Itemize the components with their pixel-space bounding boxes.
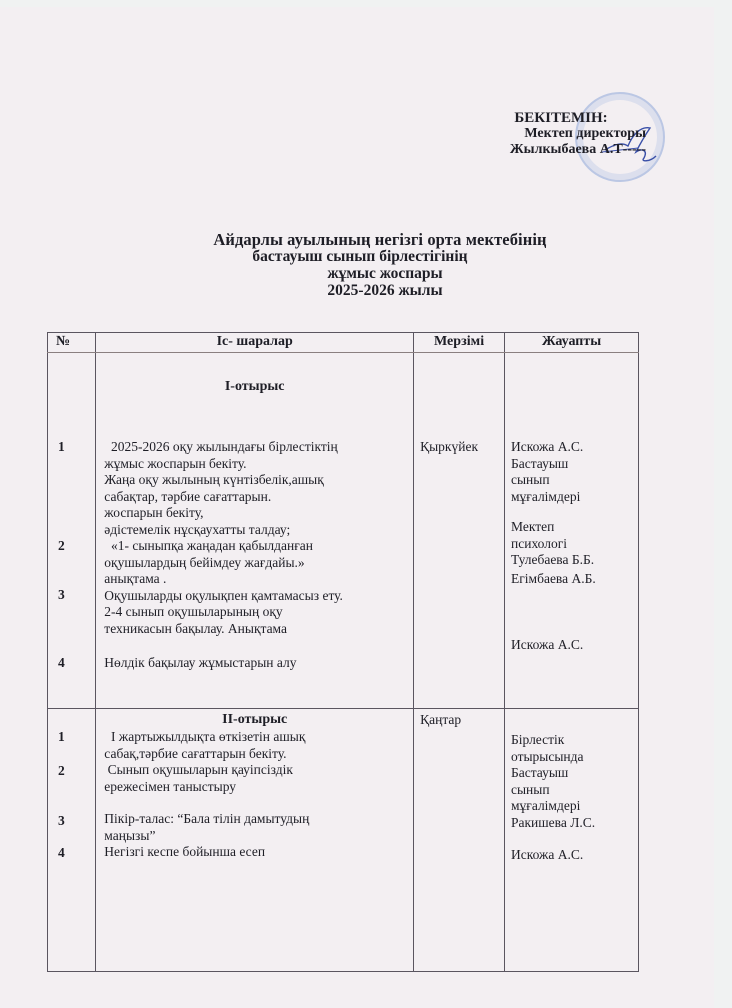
session-title: ІІ-отырыс — [96, 712, 413, 729]
responsible-line — [511, 505, 596, 519]
event-line: әдістемелік нұсқаухатты талдау; — [104, 522, 343, 539]
event-line: техникасын бақылау. Анықтама — [104, 621, 343, 638]
event-line: Нөлдік бақылау жұмыстарын алу — [104, 655, 343, 672]
row-number: 2 — [58, 538, 65, 555]
responsible-line: сынып — [511, 782, 595, 799]
header-responsible: Жауапты — [505, 333, 639, 353]
event-line: І жартыжылдықта өткізетін ашық — [104, 729, 309, 746]
event-line: сабақтар, тәрбие сағаттарын. — [104, 489, 343, 506]
responsible-line: Бірлестік — [511, 732, 595, 749]
event-line: жұмыс жоспарын бекіту. — [104, 456, 343, 473]
event-line: Сынып оқушыларын қауіпсіздік — [104, 762, 309, 779]
responsible-lines: Бірлестік отырысында Бастауыш сынып мұға… — [511, 732, 595, 864]
event-line: оқушылардың бейімдеу жағдайы.» — [104, 555, 343, 572]
row-number: 1 — [58, 439, 65, 456]
responsible-line — [511, 587, 596, 603]
event-line — [104, 795, 309, 811]
session-2-deadline: Қаңтар — [414, 709, 505, 972]
approval-name: Жылкыбаева А.Т----- — [436, 142, 646, 158]
session-title: І-отырыс — [96, 379, 413, 396]
session-2-events: ІІ-отырыс І жартыжылдықта өткізетін ашық… — [96, 709, 414, 972]
responsible-line: Тулебаева Б.Б. — [511, 552, 596, 569]
header-number: № — [48, 333, 96, 353]
responsible-lines: Искожа А.С. Бастауыш сынып мұғалімдері М… — [511, 439, 596, 654]
responsible-line: Искожа А.С. — [511, 847, 595, 864]
row-number: 2 — [58, 763, 65, 780]
deadline-value: Қаңтар — [420, 712, 461, 729]
responsible-line: Бастауыш — [511, 456, 596, 473]
responsible-line: сынып — [511, 472, 596, 489]
event-lines: 2025-2026 оқу жылындағы бірлестіктің жұм… — [96, 439, 343, 672]
approval-position: Мектеп директоры — [436, 126, 646, 142]
event-line: сабақ,тәрбие сағаттарын бекіту. — [104, 746, 309, 763]
deadline-value: Қыркүйек — [420, 439, 478, 456]
responsible-line: Бастауыш — [511, 765, 595, 782]
responsible-line: Искожа А.С. — [511, 637, 596, 654]
event-line: Жаңа оқу жылының күнтізбелік,ашық — [104, 472, 343, 489]
approval-block: БЕКІТЕМІН: Мектеп директоры Жылкыбаева А… — [436, 110, 646, 158]
session-1-deadline: Қыркүйек — [414, 353, 505, 709]
session-1-responsible: Искожа А.С. Бастауыш сынып мұғалімдері М… — [505, 353, 639, 709]
row-number: 3 — [58, 813, 65, 830]
row-number: 1 — [58, 729, 65, 746]
responsible-line: мұғалімдері — [511, 489, 596, 506]
title-line-1: Айдарлы ауылының негізгі орта мектебінің — [180, 231, 580, 248]
event-line — [104, 637, 343, 655]
event-lines: І жартыжылдықта өткізетін ашық сабақ,тәр… — [96, 729, 309, 861]
event-line: «1- сыныпқа жаңадан қабылданған — [104, 538, 343, 555]
row-number: 4 — [58, 845, 65, 862]
responsible-line: Егімбаева А.Б. — [511, 571, 596, 588]
work-plan-table: № Іс- шаралар Мерзімі Жауапты 1 2 3 4 — [47, 332, 639, 972]
event-line: 2025-2026 оқу жылындағы бірлестіктің — [104, 439, 343, 456]
row-number: 4 — [58, 655, 65, 672]
responsible-line — [511, 619, 596, 637]
header-events: Іс- шаралар — [96, 333, 414, 353]
document-page: БЕКІТЕМІН: Мектеп директоры Жылкыбаева А… — [0, 7, 714, 1008]
session-2-numbers: 1 2 3 4 — [48, 709, 96, 972]
responsible-line: психологі — [511, 536, 596, 553]
event-line: маңызы” — [104, 828, 309, 845]
row-number: 3 — [58, 587, 65, 604]
document-title: Айдарлы ауылының негізгі орта мектебінің… — [180, 231, 580, 299]
event-line: Пікір-талас: “Бала тілін дамытудың — [104, 811, 309, 828]
session-1-numbers: 1 2 3 4 — [48, 353, 96, 709]
table-header-row: № Іс- шаралар Мерзімі Жауапты — [48, 333, 639, 353]
event-line: жоспарын бекіту, — [104, 505, 343, 522]
title-line-4: 2025-2026 жылы — [190, 282, 580, 299]
event-line: Негізгі кеспе бойынша есеп — [104, 844, 309, 861]
event-line: ережесімен таныстыру — [104, 779, 309, 796]
responsible-line: Ракишева Л.С. — [511, 815, 595, 832]
responsible-line — [511, 831, 595, 847]
responsible-line: Мектеп — [511, 519, 596, 536]
table-row: 1 2 3 4 І-отырыс 2025-2026 оқу жылындағы… — [48, 353, 639, 709]
header-deadline: Мерзімі — [414, 333, 505, 353]
session-2-responsible: Бірлестік отырысында Бастауыш сынып мұға… — [505, 709, 639, 972]
responsible-line — [511, 603, 596, 619]
event-line: 2-4 сынып оқушыларының оқу — [104, 604, 343, 621]
responsible-line: Искожа А.С. — [511, 439, 596, 456]
event-line: Оқушыларды оқулықпен қамтамасыз ету. — [104, 588, 343, 605]
title-line-3: жұмыс жоспары — [190, 265, 580, 282]
title-line-2: бастауыш сынып бірлестігінің — [140, 248, 580, 265]
session-1-events: І-отырыс 2025-2026 оқу жылындағы бірлест… — [96, 353, 414, 709]
table-row: 1 2 3 4 ІІ-отырыс І жартыжылдықта өткізе… — [48, 709, 639, 972]
event-line: анықтама . — [104, 571, 343, 588]
approval-heading: БЕКІТЕМІН: — [476, 110, 646, 126]
responsible-line: мұғалімдері — [511, 798, 595, 815]
responsible-line: отырысында — [511, 749, 595, 766]
